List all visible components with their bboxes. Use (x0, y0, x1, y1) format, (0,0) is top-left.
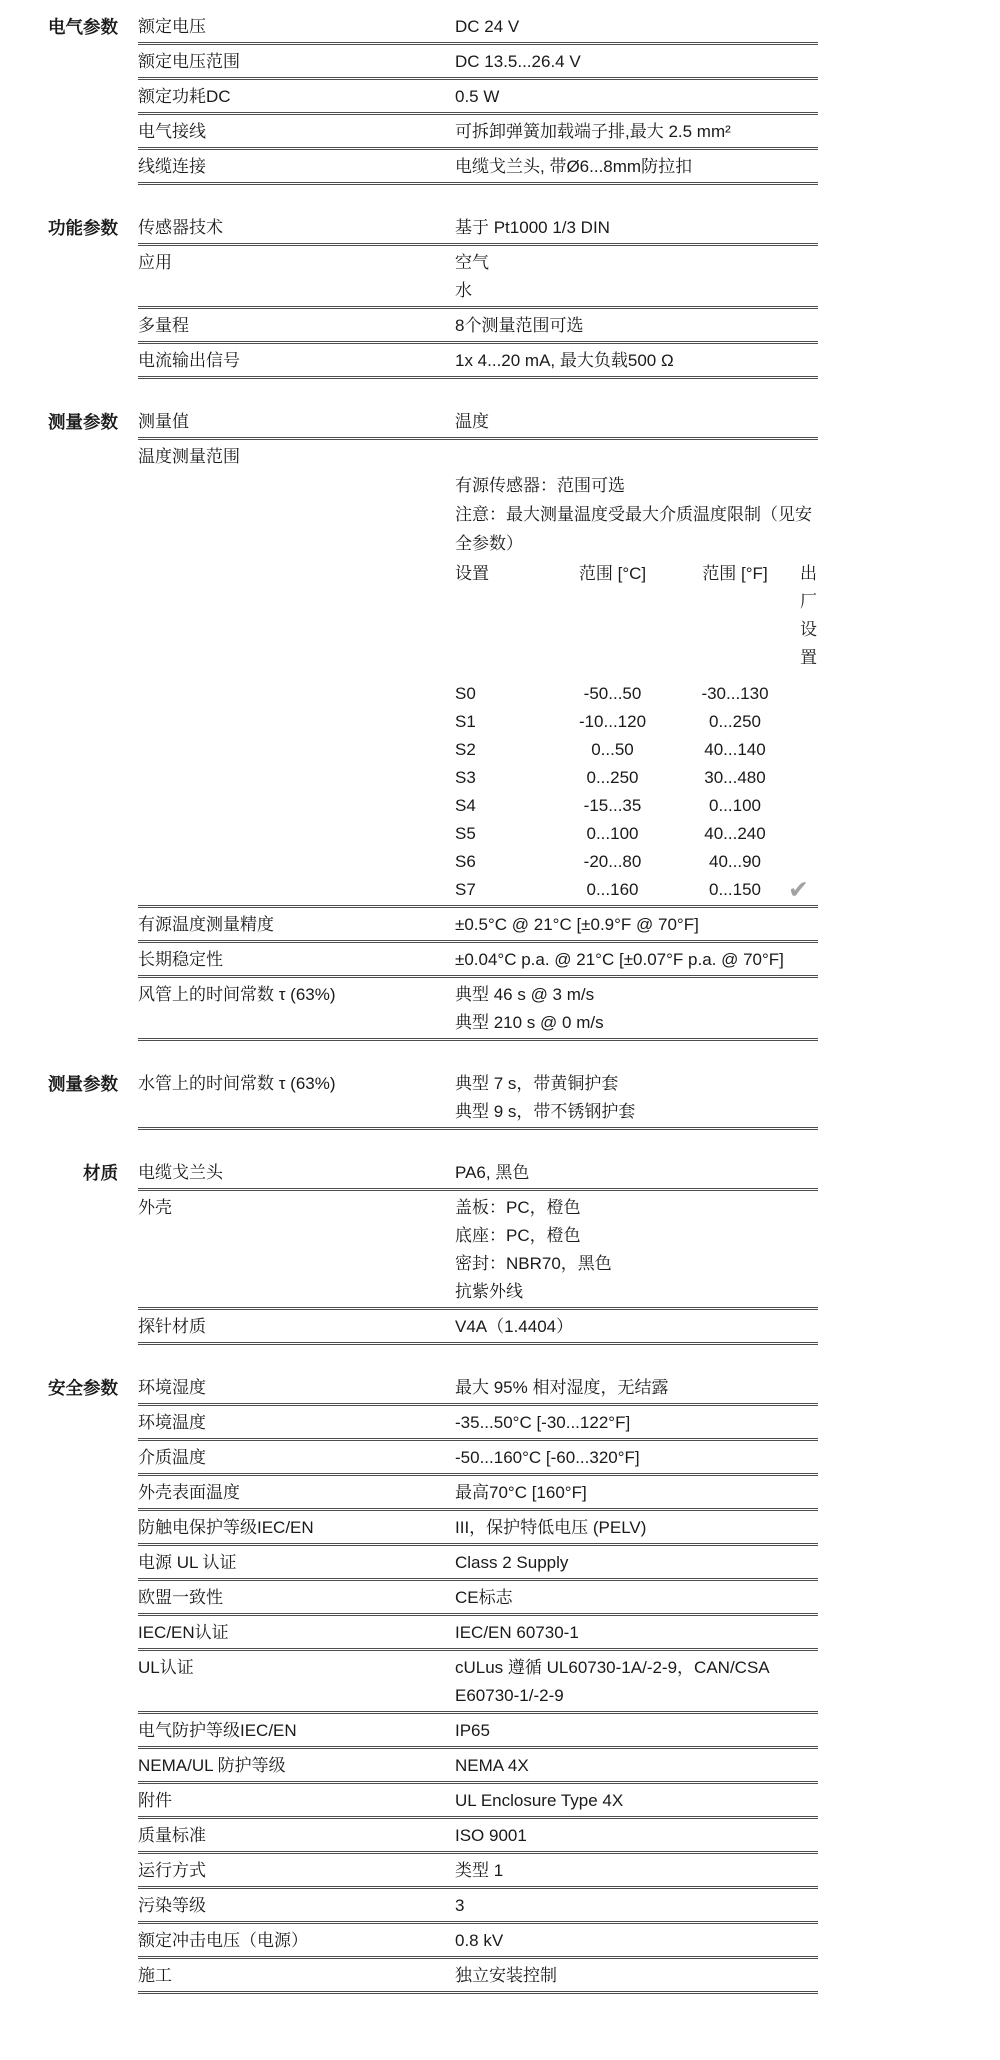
range-setting: S3 (455, 764, 555, 792)
spec-row: 电气防护等级IEC/ENIP65 (138, 1714, 818, 1749)
spec-row: 介质温度-50...160°C [-60...320°F] (138, 1441, 818, 1476)
value-line: ±0.04°C p.a. @ 21°C [±0.07°F p.a. @ 70°F… (455, 946, 818, 974)
range-table: 设置范围 [°C]范围 [°F]出厂设置S0-50...50-30...130S… (455, 560, 818, 904)
param-value: 空气水 (455, 249, 818, 305)
spec-row: 环境温度-35...50°C [-30...122°F] (138, 1406, 818, 1441)
spec-row: 电源 UL 认证Class 2 Supply (138, 1546, 818, 1581)
param-value: V4A（1.4404） (455, 1313, 818, 1341)
spec-row: 多量程8个测量范围可选 (138, 309, 818, 344)
range-note: 注意：最大测量温度受最大介质温度限制（见安全参数） (455, 500, 818, 558)
value-line: 可拆卸弹簧加载端子排,最大 2.5 mm² (455, 118, 818, 146)
param-value: 最高70°C [160°F] (455, 1479, 818, 1507)
param-name: UL认证 (138, 1654, 455, 1710)
value-line: -35...50°C [-30...122°F] (455, 1409, 818, 1437)
section-rows: 环境湿度最大 95% 相对湿度，无结露环境温度-35...50°C [-30..… (138, 1371, 818, 1994)
param-name: 环境湿度 (138, 1374, 455, 1402)
range-celsius: 0...250 (555, 764, 670, 792)
param-value: IEC/EN 60730-1 (455, 1619, 818, 1647)
spec-row: 电气接线可拆卸弹簧加载端子排,最大 2.5 mm² (138, 115, 818, 150)
param-value: 可拆卸弹簧加载端子排,最大 2.5 mm² (455, 118, 818, 146)
value-line: 典型 9 s，带不锈钢护套 (455, 1098, 818, 1126)
spec-section: 材质电缆戈兰头PA6, 黑色外壳盖板：PC，橙色底座：PC，橙色密封：NBR70… (0, 1156, 1000, 1345)
param-name: 污染等级 (138, 1892, 455, 1920)
spec-section: 安全参数环境湿度最大 95% 相对湿度，无结露环境温度-35...50°C [-… (0, 1371, 1000, 1994)
section-label: 安全参数 (0, 1371, 118, 1994)
range-celsius: -20...80 (555, 848, 670, 876)
param-name: 多量程 (138, 312, 455, 340)
value-line: UL Enclosure Type 4X (455, 1787, 818, 1815)
value-line: 3 (455, 1892, 818, 1920)
spec-row: 污染等级3 (138, 1889, 818, 1924)
value-line: 1x 4...20 mA, 最大负载500 Ω (455, 347, 818, 375)
value-line: V4A（1.4404） (455, 1313, 818, 1341)
param-value: DC 13.5...26.4 V (455, 48, 818, 76)
range-table-header: 设置范围 [°C]范围 [°F]出厂设置 (455, 560, 818, 672)
spec-row: 额定电压DC 24 V (138, 10, 818, 45)
value-line: DC 24 V (455, 13, 818, 41)
value-line: 0.8 kV (455, 1927, 818, 1955)
checkmark-icon: ✔ (788, 877, 809, 903)
section-rows: 电缆戈兰头PA6, 黑色外壳盖板：PC，橙色底座：PC，橙色密封：NBR70，黑… (138, 1156, 818, 1345)
range-notes: 有源传感器：范围可选注意：最大测量温度受最大介质温度限制（见安全参数） (455, 471, 818, 558)
range-celsius: -10...120 (555, 708, 670, 736)
param-name: 电气接线 (138, 118, 455, 146)
param-value: PA6, 黑色 (455, 1159, 818, 1187)
param-name: 有源温度测量精度 (138, 911, 455, 939)
spec-row: 探针材质V4A（1.4404） (138, 1310, 818, 1345)
param-value: ISO 9001 (455, 1822, 818, 1850)
param-value: 0.5 W (455, 83, 818, 111)
spec-row: 额定电压范围DC 13.5...26.4 V (138, 45, 818, 80)
param-value: 温度 (455, 408, 818, 436)
value-line: ±0.5°C @ 21°C [±0.9°F @ 70°F] (455, 911, 818, 939)
value-line: 空气 (455, 249, 818, 277)
spec-row: 温度测量范围有源传感器：范围可选注意：最大测量温度受最大介质温度限制（见安全参数… (138, 440, 818, 908)
value-line: 最大 95% 相对湿度，无结露 (455, 1374, 818, 1402)
value-line: 温度 (455, 408, 818, 436)
range-row: S70...1600...150✔ (455, 876, 818, 904)
param-name: 额定功耗DC (138, 83, 455, 111)
value-line: 电缆戈兰头, 带Ø6...8mm防拉扣 (455, 153, 818, 181)
range-celsius: 0...50 (555, 736, 670, 764)
spec-row: 外壳表面温度最高70°C [160°F] (138, 1476, 818, 1511)
range-row: S4-15...350...100 (455, 792, 818, 820)
param-name: 长期稳定性 (138, 946, 455, 974)
spec-row: 风管上的时间常数 τ (63%)典型 46 s @ 3 m/s典型 210 s … (138, 978, 818, 1041)
param-name: 附件 (138, 1787, 455, 1815)
range-header-setting: 设置 (455, 560, 555, 588)
spec-row: 有源温度测量精度±0.5°C @ 21°C [±0.9°F @ 70°F] (138, 908, 818, 943)
range-fahrenheit: 40...240 (670, 820, 800, 848)
section-rows: 额定电压DC 24 V额定电压范围DC 13.5...26.4 V额定功耗DC0… (138, 10, 818, 185)
param-name: 额定电压范围 (138, 48, 455, 76)
range-row: S50...10040...240 (455, 820, 818, 848)
spec-row: 测量值温度 (138, 405, 818, 440)
param-name: 线缆连接 (138, 153, 455, 181)
spec-row: 电缆戈兰头PA6, 黑色 (138, 1156, 818, 1191)
param-name: 风管上的时间常数 τ (63%) (138, 981, 455, 1037)
param-name: 传感器技术 (138, 214, 455, 242)
range-row: S0-50...50-30...130 (455, 680, 818, 708)
range-setting: S1 (455, 708, 555, 736)
param-name: 电流输出信号 (138, 347, 455, 375)
range-setting: S4 (455, 792, 555, 820)
range-setting: S0 (455, 680, 555, 708)
spec-section: 电气参数额定电压DC 24 V额定电压范围DC 13.5...26.4 V额定功… (0, 10, 1000, 185)
param-name: 欧盟一致性 (138, 1584, 455, 1612)
param-value: CE标志 (455, 1584, 818, 1612)
param-value: 基于 Pt1000 1/3 DIN (455, 214, 818, 242)
param-name: 外壳 (138, 1194, 455, 1306)
spec-section: 测量参数测量值温度温度测量范围有源传感器：范围可选注意：最大测量温度受最大介质温… (0, 405, 1000, 1041)
section-label: 测量参数 (0, 1067, 118, 1130)
param-value: NEMA 4X (455, 1752, 818, 1780)
value-line: IEC/EN 60730-1 (455, 1619, 818, 1647)
param-value: 有源传感器：范围可选注意：最大测量温度受最大介质温度限制（见安全参数）设置范围 … (455, 443, 818, 904)
value-line: 8个测量范围可选 (455, 312, 818, 340)
range-row: S30...25030...480 (455, 764, 818, 792)
range-celsius: 0...100 (555, 820, 670, 848)
spec-row: UL认证cULus 遵循 UL60730-1A/-2-9，CAN/CSAE607… (138, 1651, 818, 1714)
spec-row: 欧盟一致性CE标志 (138, 1581, 818, 1616)
range-celsius: -50...50 (555, 680, 670, 708)
param-value: 8个测量范围可选 (455, 312, 818, 340)
spec-row: NEMA/UL 防护等级NEMA 4X (138, 1749, 818, 1784)
value-line: 典型 7 s，带黄铜护套 (455, 1070, 818, 1098)
value-line: III，保护特低电压 (PELV) (455, 1514, 818, 1542)
section-rows: 水管上的时间常数 τ (63%)典型 7 s，带黄铜护套典型 9 s，带不锈钢护… (138, 1067, 818, 1130)
param-name: 介质温度 (138, 1444, 455, 1472)
value-line: 密封：NBR70，黑色 (455, 1250, 818, 1278)
range-header-celsius: 范围 [°C] (555, 560, 670, 588)
param-name: 电气防护等级IEC/EN (138, 1717, 455, 1745)
param-name: 电源 UL 认证 (138, 1549, 455, 1577)
spec-section: 功能参数传感器技术基于 Pt1000 1/3 DIN应用空气水多量程8个测量范围… (0, 211, 1000, 379)
param-value: 独立安装控制 (455, 1962, 818, 1990)
param-value: UL Enclosure Type 4X (455, 1787, 818, 1815)
section-label: 测量参数 (0, 405, 118, 1041)
param-name: NEMA/UL 防护等级 (138, 1752, 455, 1780)
value-line: 基于 Pt1000 1/3 DIN (455, 214, 818, 242)
param-value: Class 2 Supply (455, 1549, 818, 1577)
range-celsius: 0...160 (555, 876, 670, 904)
spec-row: 环境湿度最大 95% 相对湿度，无结露 (138, 1371, 818, 1406)
spec-row: 线缆连接电缆戈兰头, 带Ø6...8mm防拉扣 (138, 150, 818, 185)
param-value: 类型 1 (455, 1857, 818, 1885)
value-line: IP65 (455, 1717, 818, 1745)
range-header-factory-setting: 出厂设置 (800, 560, 818, 672)
value-line: CE标志 (455, 1584, 818, 1612)
param-name: 运行方式 (138, 1857, 455, 1885)
value-line: 类型 1 (455, 1857, 818, 1885)
range-fahrenheit: -30...130 (670, 680, 800, 708)
value-line: Class 2 Supply (455, 1549, 818, 1577)
param-name: 质量标准 (138, 1822, 455, 1850)
spec-row: 额定功耗DC0.5 W (138, 80, 818, 115)
spec-row: 附件UL Enclosure Type 4X (138, 1784, 818, 1819)
spec-row: 质量标准ISO 9001 (138, 1819, 818, 1854)
value-line: 抗紫外线 (455, 1278, 818, 1306)
param-value: 3 (455, 1892, 818, 1920)
range-fahrenheit: 40...140 (670, 736, 800, 764)
param-value: 最大 95% 相对湿度，无结露 (455, 1374, 818, 1402)
range-fahrenheit: 0...250 (670, 708, 800, 736)
value-line: 盖板：PC，橙色 (455, 1194, 818, 1222)
param-name: 环境温度 (138, 1409, 455, 1437)
range-row: S1-10...1200...250 (455, 708, 818, 736)
value-line: 典型 210 s @ 0 m/s (455, 1009, 818, 1037)
spec-row: IEC/EN认证IEC/EN 60730-1 (138, 1616, 818, 1651)
param-value: 1x 4...20 mA, 最大负载500 Ω (455, 347, 818, 375)
param-value: ±0.04°C p.a. @ 21°C [±0.07°F p.a. @ 70°F… (455, 946, 818, 974)
param-value: -35...50°C [-30...122°F] (455, 1409, 818, 1437)
spec-row: 外壳盖板：PC，橙色底座：PC，橙色密封：NBR70，黑色抗紫外线 (138, 1191, 818, 1310)
range-row: S20...5040...140 (455, 736, 818, 764)
param-name: 电缆戈兰头 (138, 1159, 455, 1187)
param-name: IEC/EN认证 (138, 1619, 455, 1647)
param-value: cULus 遵循 UL60730-1A/-2-9，CAN/CSAE60730-1… (455, 1654, 818, 1710)
range-fahrenheit: 40...90 (670, 848, 800, 876)
range-setting: S2 (455, 736, 555, 764)
spec-row: 应用空气水 (138, 246, 818, 309)
range-fahrenheit: 0...100 (670, 792, 800, 820)
value-line: 0.5 W (455, 83, 818, 111)
param-value: IP65 (455, 1717, 818, 1745)
spec-row: 水管上的时间常数 τ (63%)典型 7 s，带黄铜护套典型 9 s，带不锈钢护… (138, 1067, 818, 1130)
spec-section: 测量参数水管上的时间常数 τ (63%)典型 7 s，带黄铜护套典型 9 s，带… (0, 1067, 1000, 1130)
param-name: 应用 (138, 249, 455, 305)
section-label: 电气参数 (0, 10, 118, 185)
spec-row: 运行方式类型 1 (138, 1854, 818, 1889)
section-rows: 测量值温度温度测量范围有源传感器：范围可选注意：最大测量温度受最大介质温度限制（… (138, 405, 818, 1041)
param-value: 盖板：PC，橙色底座：PC，橙色密封：NBR70，黑色抗紫外线 (455, 1194, 818, 1306)
param-name: 水管上的时间常数 τ (63%) (138, 1070, 455, 1126)
param-value: III，保护特低电压 (PELV) (455, 1514, 818, 1542)
param-value: ±0.5°C @ 21°C [±0.9°F @ 70°F] (455, 911, 818, 939)
spec-row: 长期稳定性±0.04°C p.a. @ 21°C [±0.07°F p.a. @… (138, 943, 818, 978)
range-header-fahrenheit: 范围 [°F] (670, 560, 800, 588)
spec-row: 防触电保护等级IEC/ENIII，保护特低电压 (PELV) (138, 1511, 818, 1546)
range-setting: S7 (455, 876, 555, 904)
param-name: 施工 (138, 1962, 455, 1990)
param-value: DC 24 V (455, 13, 818, 41)
value-line: 典型 46 s @ 3 m/s (455, 981, 818, 1009)
param-name: 测量值 (138, 408, 455, 436)
param-value: -50...160°C [-60...320°F] (455, 1444, 818, 1472)
range-row: S6-20...8040...90 (455, 848, 818, 876)
value-line: -50...160°C [-60...320°F] (455, 1444, 818, 1472)
value-line: 水 (455, 277, 818, 305)
section-label: 材质 (0, 1156, 118, 1345)
section-label: 功能参数 (0, 211, 118, 379)
spec-row: 施工独立安装控制 (138, 1959, 818, 1994)
param-name: 额定电压 (138, 13, 455, 41)
param-name: 探针材质 (138, 1313, 455, 1341)
param-value: 电缆戈兰头, 带Ø6...8mm防拉扣 (455, 153, 818, 181)
value-line: ISO 9001 (455, 1822, 818, 1850)
value-line: 独立安装控制 (455, 1962, 818, 1990)
value-line: 底座：PC，橙色 (455, 1222, 818, 1250)
range-setting: S5 (455, 820, 555, 848)
param-name: 温度测量范围 (138, 443, 455, 904)
value-line: NEMA 4X (455, 1752, 818, 1780)
section-rows: 传感器技术基于 Pt1000 1/3 DIN应用空气水多量程8个测量范围可选电流… (138, 211, 818, 379)
spec-row: 额定冲击电压（电源）0.8 kV (138, 1924, 818, 1959)
spec-row: 电流输出信号1x 4...20 mA, 最大负载500 Ω (138, 344, 818, 379)
range-fahrenheit: 30...480 (670, 764, 800, 792)
value-line: cULus 遵循 UL60730-1A/-2-9，CAN/CSA (455, 1654, 818, 1682)
spec-table: 电气参数额定电压DC 24 V额定电压范围DC 13.5...26.4 V额定功… (0, 0, 1000, 2060)
spec-row: 传感器技术基于 Pt1000 1/3 DIN (138, 211, 818, 246)
value-line: E60730-1/-2-9 (455, 1682, 818, 1710)
range-fahrenheit: 0...150 (670, 876, 800, 904)
param-name: 额定冲击电压（电源） (138, 1927, 455, 1955)
param-value: 典型 7 s，带黄铜护套典型 9 s，带不锈钢护套 (455, 1070, 818, 1126)
value-line: PA6, 黑色 (455, 1159, 818, 1187)
param-name: 外壳表面温度 (138, 1479, 455, 1507)
param-value: 典型 46 s @ 3 m/s典型 210 s @ 0 m/s (455, 981, 818, 1037)
value-line: 最高70°C [160°F] (455, 1479, 818, 1507)
range-table-body: S0-50...50-30...130S1-10...1200...250S20… (455, 680, 818, 904)
range-setting: S6 (455, 848, 555, 876)
param-name: 防触电保护等级IEC/EN (138, 1514, 455, 1542)
range-celsius: -15...35 (555, 792, 670, 820)
range-note: 有源传感器：范围可选 (455, 471, 818, 500)
value-line: DC 13.5...26.4 V (455, 48, 818, 76)
param-value: 0.8 kV (455, 1927, 818, 1955)
